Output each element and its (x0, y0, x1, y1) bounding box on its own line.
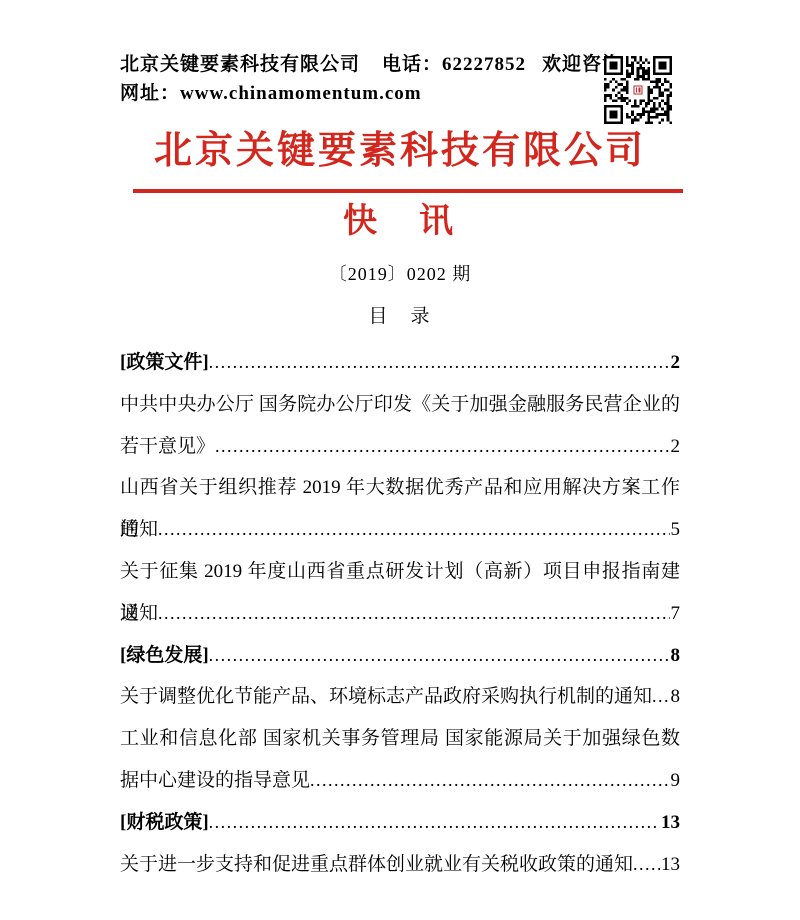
toc-entry: 若干意见》 2 (120, 426, 680, 468)
header-phone: 电话：62227852 (382, 54, 526, 75)
header-website-label: 网址： (120, 83, 180, 104)
toc-entry: 通知 7 (120, 593, 680, 635)
toc-entry-label: 若干意见》 (120, 426, 215, 468)
contact-header-line2: 网址：www.chinamomentum.com (120, 79, 590, 108)
toc-entry-page: 2 (670, 426, 681, 468)
toc-leader-dots (209, 342, 670, 384)
toc-entry: 通知 5 (120, 509, 680, 551)
toc-entry-page: 8 (670, 635, 681, 677)
toc-leader-dots (209, 802, 660, 844)
qr-code (604, 56, 672, 124)
toc-entry-label: [绿色发展] (120, 635, 209, 677)
toc-entry-label: 工业和信息化部 国家机关事务管理局 国家能源局关于加强绿色数 (120, 728, 680, 749)
toc-entry-label: 通知 (120, 509, 158, 551)
toc-entry-page: 9 (670, 760, 681, 802)
toc-entry-label: [财税政策] (120, 802, 209, 844)
red-divider-rule (133, 189, 683, 193)
toc-leader-dots (310, 760, 669, 802)
toc-entry-page: 7 (670, 593, 681, 635)
toc-entry-label: 关于进一步支持和促进重点群体创业就业有关税收政策的通知 (120, 844, 633, 886)
toc-leader-dots (158, 509, 669, 551)
toc-entry: 关于调整优化节能产品、环境标志产品政府采购执行机制的通知 8 (120, 676, 680, 718)
contact-header-line1: 北京关键要素科技有限公司电话：62227852欢迎咨询 (120, 50, 590, 79)
toc-entry: 关于进一步支持和促进重点群体创业就业有关税收政策的通知 13 (120, 844, 680, 886)
toc-leader-dots (209, 635, 670, 677)
toc-entry-label: 据中心建设的指导意见 (120, 760, 310, 802)
toc-entry-text: 中共中央办公厅 国务院办公厅印发《关于加强金融服务民营企业的 (120, 384, 680, 426)
toc-entry-page: 13 (660, 802, 680, 844)
toc-entry: 据中心建设的指导意见 9 (120, 760, 680, 802)
toc-entry-text: 山西省关于组织推荐 2019 年大数据优秀产品和应用解决方案工作的 (120, 467, 680, 509)
toc-leader-dots (158, 593, 669, 635)
document-page: 北京关键要素科技有限公司电话：62227852欢迎咨询 网址：www.china… (0, 0, 800, 920)
header-company-name: 北京关键要素科技有限公司 (120, 54, 360, 75)
toc-entry-section: [政策文件] 2 (120, 342, 680, 384)
toc-entry-label: 通知 (120, 593, 158, 635)
toc-leader-dots (652, 676, 669, 718)
qr-code-icon (604, 56, 672, 124)
toc-heading: 目 录 (0, 303, 800, 331)
toc-leader-dots (633, 844, 660, 886)
toc-entry-label: 中共中央办公厅 国务院办公厅印发《关于加强金融服务民营企业的 (120, 394, 680, 415)
toc-entry-section: [财税政策] 13 (120, 802, 680, 844)
contact-header: 北京关键要素科技有限公司电话：62227852欢迎咨询 网址：www.china… (120, 50, 590, 108)
bulletin-title: 快 讯 (0, 198, 800, 246)
toc-entry-page: 13 (660, 844, 680, 886)
toc-entry-page: 8 (670, 676, 681, 718)
toc-leader-dots (215, 426, 669, 468)
toc-entry-section: [绿色发展] 8 (120, 635, 680, 677)
table-of-contents: [政策文件] 2 中共中央办公厅 国务院办公厅印发《关于加强金融服务民营企业的 … (120, 342, 680, 885)
toc-entry-label: [政策文件] (120, 342, 209, 384)
masthead-company-title: 北京关键要素科技有限公司 (0, 126, 800, 176)
toc-entry-label: 关于调整优化节能产品、环境标志产品政府采购执行机制的通知 (120, 676, 652, 718)
issue-number: 〔2019〕0202 期 (0, 261, 800, 287)
toc-entry-page: 5 (670, 509, 681, 551)
toc-entry-text: 工业和信息化部 国家机关事务管理局 国家能源局关于加强绿色数 (120, 718, 680, 760)
header-website-url: www.chinamomentum.com (180, 83, 422, 104)
toc-entry-text: 关于征集 2019 年度山西省重点研发计划（高新）项目申报指南建议 (120, 551, 680, 593)
toc-entry-page: 2 (670, 342, 681, 384)
